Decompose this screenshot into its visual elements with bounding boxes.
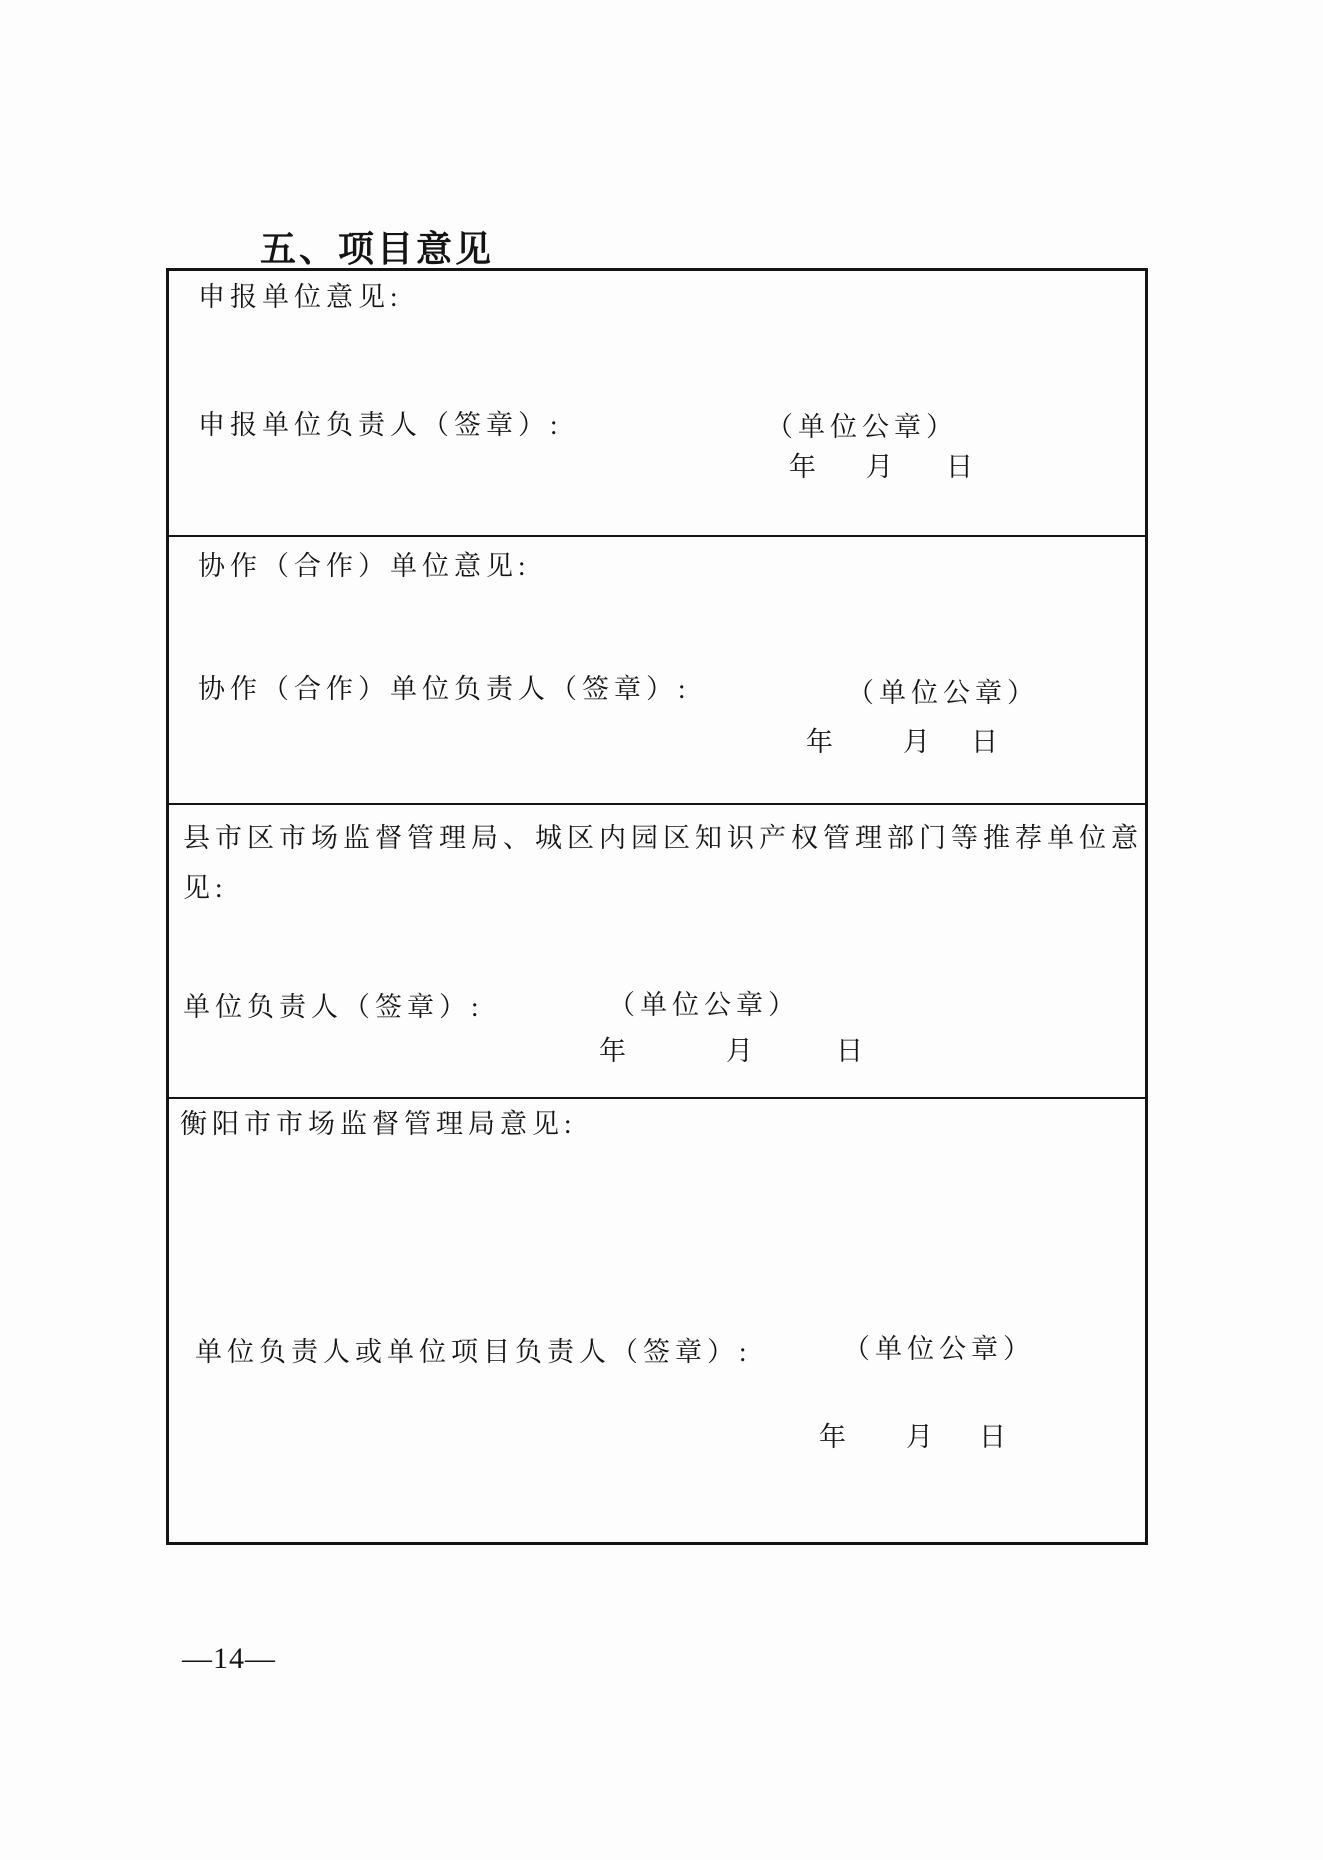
row-applicant-unit-opinion: 申报单位意见: 申报单位负责人（签章）: （单位公章） 年 月 日 (169, 271, 1145, 537)
month-label: 月 (726, 1034, 758, 1068)
page-title: 五、项目意见 (260, 221, 494, 272)
opinion-label: 协作（合作）单位意见: (198, 549, 531, 583)
seal-label: （单位公章） (843, 1332, 1035, 1366)
document-page: 五、项目意见 申报单位意见: 申报单位负责人（签章）: （单位公章） 年 月 日… (0, 0, 1323, 1860)
month-label: 月 (906, 1420, 938, 1454)
year-label: 年 (806, 725, 838, 759)
row-county-recommending-unit-opinion: 县市区市场监督管理局、城区内园区知识产权管理部门等推荐单位意见: 单位负责人（签… (169, 805, 1145, 1099)
seal-label: （单位公章） (608, 988, 800, 1022)
year-label: 年 (819, 1420, 851, 1454)
opinion-label: 衡阳市市场监督管理局意见: (180, 1107, 577, 1141)
day-label: 日 (979, 1420, 1011, 1454)
year-label: 年 (789, 450, 821, 484)
signature-label: 单位负责人或单位项目负责人（签章）: (195, 1335, 752, 1369)
month-label: 月 (903, 725, 935, 759)
day-label: 日 (836, 1034, 868, 1068)
seal-label: （单位公章） (766, 410, 958, 444)
year-label: 年 (599, 1034, 631, 1068)
opinion-label: 县市区市场监督管理局、城区内园区知识产权管理部门等推荐单位意见: (183, 813, 1148, 913)
signature-label: 申报单位负责人（签章）: (198, 408, 563, 442)
page-number: —14— (182, 1642, 276, 1676)
row-hengyang-market-bureau-opinion: 衡阳市市场监督管理局意见: 单位负责人或单位项目负责人（签章）: （单位公章） … (169, 1099, 1145, 1542)
day-label: 日 (946, 450, 978, 484)
day-label: 日 (971, 725, 1003, 759)
month-label: 月 (866, 450, 898, 484)
signature-label: 单位负责人（签章）: (183, 990, 484, 1024)
row-cooperating-unit-opinion: 协作（合作）单位意见: 协作（合作）单位负责人（签章）: （单位公章） 年 月 … (169, 537, 1145, 805)
opinion-table: 申报单位意见: 申报单位负责人（签章）: （单位公章） 年 月 日 协作（合作）… (166, 268, 1148, 1545)
seal-label: （单位公章） (847, 676, 1039, 710)
signature-label: 协作（合作）单位负责人（签章）: (198, 672, 691, 706)
opinion-label: 申报单位意见: (198, 280, 403, 314)
